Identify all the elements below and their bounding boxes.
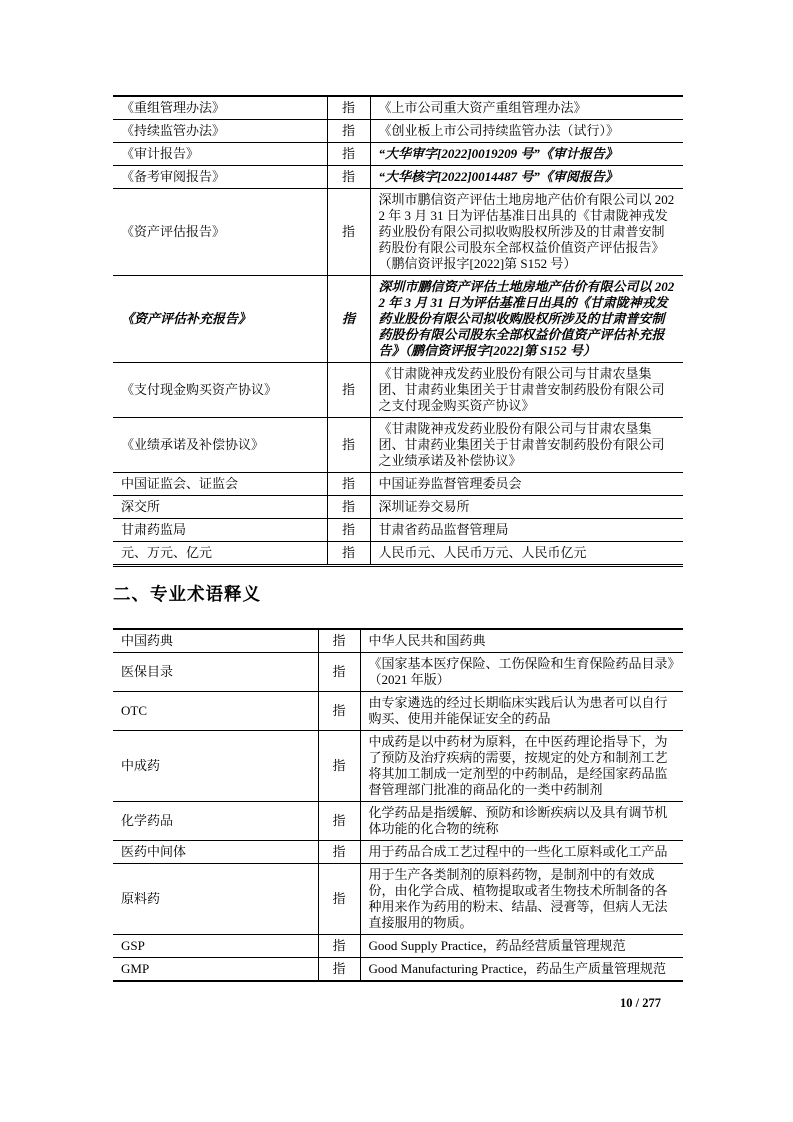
definition-cell: 《上市公司重大资产重组管理办法》 bbox=[370, 96, 683, 120]
table-row: 《持续监管办法》指《创业板上市公司持续监管办法（试行）》 bbox=[113, 120, 683, 143]
table-row: 《重组管理办法》指《上市公司重大资产重组管理办法》 bbox=[113, 96, 683, 120]
table-row: 元、万元、亿元指人民币元、人民币万元、人民币亿元 bbox=[113, 542, 683, 566]
table-row: 深交所指深圳证券交易所 bbox=[113, 496, 683, 519]
term-cell: 《审计报告》 bbox=[113, 143, 327, 166]
term-cell: 元、万元、亿元 bbox=[113, 542, 327, 566]
ref-cell: 指 bbox=[318, 935, 360, 958]
definition-cell: 深圳市鹏信资产评估土地房地产估价有限公司以 2022 年 3 月 31 日为评估… bbox=[370, 276, 683, 363]
table-row: 《备考审阅报告》指“大华核字[2022]0014487 号”《审阅报告》 bbox=[113, 166, 683, 189]
term-cell: 中国证监会、证监会 bbox=[113, 473, 327, 496]
table-row: OTC指由专家遴选的经过长期临床实践后认为患者可以自行购买、使用并能保证安全的药… bbox=[113, 692, 683, 731]
definition-cell: 甘肃省药品监督管理局 bbox=[370, 519, 683, 542]
table-row: GMP指Good Manufacturing Practice，药品生产质量管理… bbox=[113, 958, 683, 982]
table-row: 医药中间体指用于药品合成工艺过程中的一些化工原料或化工产品 bbox=[113, 841, 683, 864]
ref-cell: 指 bbox=[327, 473, 370, 496]
term-cell: 原料药 bbox=[113, 864, 318, 935]
table-row: 中国证监会、证监会指中国证券监督管理委员会 bbox=[113, 473, 683, 496]
term-cell: 甘肃药监局 bbox=[113, 519, 327, 542]
table-row: 《资产评估补充报告》指深圳市鹏信资产评估土地房地产估价有限公司以 2022 年 … bbox=[113, 276, 683, 363]
term-cell: 医保目录 bbox=[113, 653, 318, 692]
definition-cell: 中华人民共和国药典 bbox=[360, 629, 683, 653]
term-cell: GSP bbox=[113, 935, 318, 958]
definitions-table: 《重组管理办法》指《上市公司重大资产重组管理办法》《持续监管办法》指《创业板上市… bbox=[113, 95, 683, 567]
ref-cell: 指 bbox=[327, 418, 370, 473]
definition-cell: 用于生产各类制剂的原料药物，是制剂中的有效成份，由化学合成、植物提取或者生物技术… bbox=[360, 864, 683, 935]
page-number: 10 / 277 bbox=[113, 996, 683, 1011]
table-row: 原料药指用于生产各类制剂的原料药物，是制剂中的有效成份，由化学合成、植物提取或者… bbox=[113, 864, 683, 935]
ref-cell: 指 bbox=[327, 189, 370, 276]
definition-cell: 由专家遴选的经过长期临床实践后认为患者可以自行购买、使用并能保证安全的药品 bbox=[360, 692, 683, 731]
definition-cell: 中国证券监督管理委员会 bbox=[370, 473, 683, 496]
definition-cell: “大华审字[2022]0019209 号”《审计报告》 bbox=[370, 143, 683, 166]
ref-cell: 指 bbox=[327, 96, 370, 120]
glossary-table: 中国药典指中华人民共和国药典医保目录指《国家基本医疗保险、工伤保险和生育保险药品… bbox=[113, 628, 683, 982]
term-cell: 《备考审阅报告》 bbox=[113, 166, 327, 189]
table-row: 甘肃药监局指甘肃省药品监督管理局 bbox=[113, 519, 683, 542]
definition-cell: 《国家基本医疗保险、工伤保险和生育保险药品目录》（2021 年版） bbox=[360, 653, 683, 692]
ref-cell: 指 bbox=[318, 841, 360, 864]
term-cell: 《业绩承诺及补偿协议》 bbox=[113, 418, 327, 473]
term-cell: 《重组管理办法》 bbox=[113, 96, 327, 120]
definition-cell: Good Supply Practice，药品经营质量管理规范 bbox=[360, 935, 683, 958]
term-cell: 《资产评估报告》 bbox=[113, 189, 327, 276]
definition-cell: 《创业板上市公司持续监管办法（试行）》 bbox=[370, 120, 683, 143]
definition-cell: 人民币元、人民币万元、人民币亿元 bbox=[370, 542, 683, 566]
table-row: 《资产评估报告》指深圳市鹏信资产评估土地房地产估价有限公司以 2022 年 3 … bbox=[113, 189, 683, 276]
term-cell: 医药中间体 bbox=[113, 841, 318, 864]
term-cell: 中国药典 bbox=[113, 629, 318, 653]
ref-cell: 指 bbox=[327, 519, 370, 542]
definition-cell: Good Manufacturing Practice，药品生产质量管理规范 bbox=[360, 958, 683, 982]
definition-cell: 《甘肃陇神戎发药业股份有限公司与甘肃农垦集团、甘肃药业集团关于甘肃普安制药股份有… bbox=[370, 418, 683, 473]
ref-cell: 指 bbox=[318, 629, 360, 653]
table-row: GSP指Good Supply Practice，药品经营质量管理规范 bbox=[113, 935, 683, 958]
glossary-table-body: 中国药典指中华人民共和国药典医保目录指《国家基本医疗保险、工伤保险和生育保险药品… bbox=[113, 629, 683, 981]
ref-cell: 指 bbox=[327, 120, 370, 143]
definition-cell: 用于药品合成工艺过程中的一些化工原料或化工产品 bbox=[360, 841, 683, 864]
term-cell: 深交所 bbox=[113, 496, 327, 519]
table-row: 中成药指中成药是以中药材为原料，在中医药理论指导下，为了预防及治疗疾病的需要，按… bbox=[113, 731, 683, 802]
ref-cell: 指 bbox=[318, 731, 360, 802]
definition-cell: 《甘肃陇神戎发药业股份有限公司与甘肃农垦集团、甘肃药业集团关于甘肃普安制药股份有… bbox=[370, 363, 683, 418]
term-cell: 中成药 bbox=[113, 731, 318, 802]
table-row: 《支付现金购买资产协议》指《甘肃陇神戎发药业股份有限公司与甘肃农垦集团、甘肃药业… bbox=[113, 363, 683, 418]
definition-cell: 中成药是以中药材为原料，在中医药理论指导下，为了预防及治疗疾病的需要，按规定的处… bbox=[360, 731, 683, 802]
term-cell: 化学药品 bbox=[113, 802, 318, 841]
ref-cell: 指 bbox=[327, 143, 370, 166]
table-row: 《审计报告》指“大华审字[2022]0019209 号”《审计报告》 bbox=[113, 143, 683, 166]
section-heading: 二、专业术语释义 bbox=[113, 584, 683, 605]
ref-cell: 指 bbox=[318, 802, 360, 841]
definition-cell: 化学药品是指缓解、预防和诊断疾病以及具有调节机体功能的化合物的统称 bbox=[360, 802, 683, 841]
page-content: 《重组管理办法》指《上市公司重大资产重组管理办法》《持续监管办法》指《创业板上市… bbox=[113, 95, 683, 1011]
ref-cell: 指 bbox=[318, 653, 360, 692]
ref-cell: 指 bbox=[327, 166, 370, 189]
term-cell: GMP bbox=[113, 958, 318, 982]
definition-cell: “大华核字[2022]0014487 号”《审阅报告》 bbox=[370, 166, 683, 189]
ref-cell: 指 bbox=[318, 692, 360, 731]
term-cell: OTC bbox=[113, 692, 318, 731]
table-row: 化学药品指化学药品是指缓解、预防和诊断疾病以及具有调节机体功能的化合物的统称 bbox=[113, 802, 683, 841]
table-row: 中国药典指中华人民共和国药典 bbox=[113, 629, 683, 653]
ref-cell: 指 bbox=[327, 542, 370, 566]
document-page: 《重组管理办法》指《上市公司重大资产重组管理办法》《持续监管办法》指《创业板上市… bbox=[0, 0, 793, 1122]
term-cell: 《资产评估补充报告》 bbox=[113, 276, 327, 363]
definition-cell: 深圳市鹏信资产评估土地房地产估价有限公司以 2022 年 3 月 31 日为评估… bbox=[370, 189, 683, 276]
term-cell: 《支付现金购买资产协议》 bbox=[113, 363, 327, 418]
ref-cell: 指 bbox=[318, 864, 360, 935]
term-cell: 《持续监管办法》 bbox=[113, 120, 327, 143]
definition-cell: 深圳证券交易所 bbox=[370, 496, 683, 519]
ref-cell: 指 bbox=[327, 496, 370, 519]
ref-cell: 指 bbox=[327, 363, 370, 418]
definitions-table-body: 《重组管理办法》指《上市公司重大资产重组管理办法》《持续监管办法》指《创业板上市… bbox=[113, 96, 683, 566]
table-row: 《业绩承诺及补偿协议》指《甘肃陇神戎发药业股份有限公司与甘肃农垦集团、甘肃药业集… bbox=[113, 418, 683, 473]
ref-cell: 指 bbox=[327, 276, 370, 363]
table-row: 医保目录指《国家基本医疗保险、工伤保险和生育保险药品目录》（2021 年版） bbox=[113, 653, 683, 692]
ref-cell: 指 bbox=[318, 958, 360, 982]
